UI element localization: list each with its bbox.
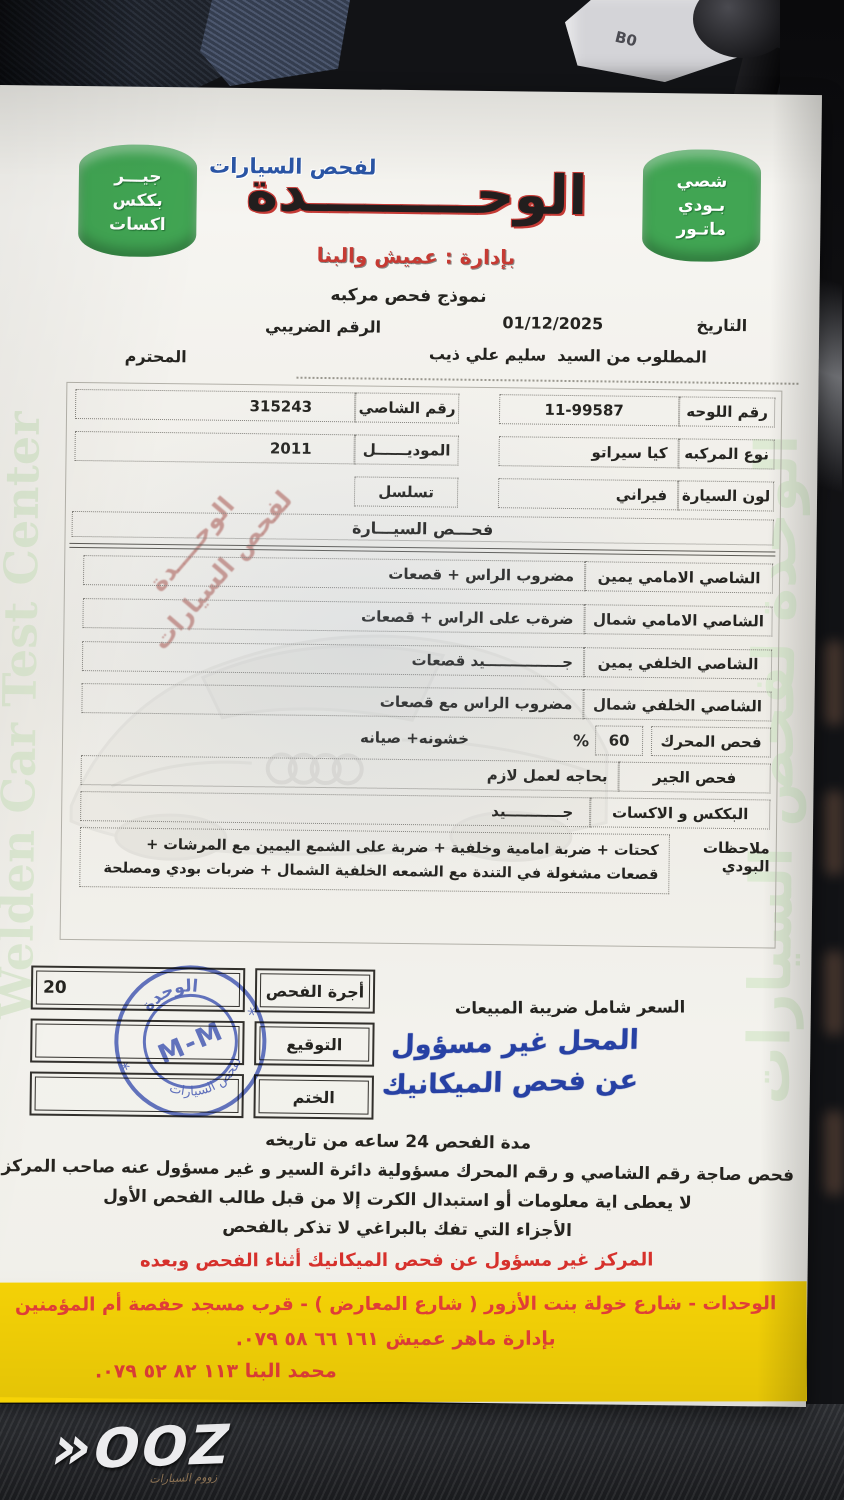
- inspection-row: الشاصي الامامي يمين مضروب الراس + قصعات: [71, 555, 773, 594]
- gear-label: فحص الجير: [618, 762, 770, 794]
- terms-block: مدة الفحص 24 ساعه من تاريخه فحص صاجة رقم…: [0, 1123, 809, 1280]
- date-value: 01/12/2025: [502, 313, 603, 333]
- inspection-title-row: فحـــص السيـــارة: [72, 511, 774, 546]
- model-value: 2011: [74, 431, 354, 464]
- engine-row: فحص المحرك 60 % خشونه+ صيانه: [69, 719, 771, 758]
- fee-label: أجرة الفحص: [260, 973, 370, 1008]
- vehicle-row-3: لون السيارة فيراني تسلسل: [72, 473, 774, 512]
- stamp-center-text: M-M: [154, 1016, 229, 1071]
- logo-tagline: لفحص السيارات: [209, 154, 377, 180]
- term-red-line: المركز غير مسؤول عن فحص الميكانيك أثناء …: [0, 1245, 808, 1275]
- plate-value: 11-99587: [499, 394, 679, 426]
- gear-row: فحص الجير بحاجه لعمل لازم: [68, 755, 770, 794]
- address-banner: الوحدات - شارع خولة بنت الأزور ( شارع ال…: [0, 1281, 807, 1402]
- color-label: لون السيارة: [678, 480, 774, 511]
- finger-blur: [824, 790, 844, 876]
- banner-phone-line-2: محمد البنا ١١٣ ٨٢ ٥٢ ٠٧٩.: [95, 1360, 337, 1382]
- finger-blur: [824, 1110, 844, 1196]
- double-rule: [69, 543, 775, 557]
- percent-sign: %: [573, 731, 589, 750]
- vehicle-row-1: رقم اللوحه 11-99587 رقم الشاصي 315243: [73, 389, 775, 428]
- axles-label: البككس و الاكسات: [590, 797, 770, 829]
- requested-from-label: المطلوب من السيد: [557, 346, 707, 367]
- inspection-row: الشاصي الخلفي يمين جـــــــــــــــيد قص…: [70, 641, 772, 680]
- stamp-arc-top: الوحدة: [135, 968, 206, 1019]
- engine-percent-value: 60: [595, 725, 643, 756]
- honorific: المحترم: [125, 347, 187, 367]
- receipt-marking: B0: [613, 28, 639, 51]
- inspection-form-paper: Welden Car Test Center الوحدة لفحص السيا…: [0, 85, 822, 1407]
- denim-jeans-patch-mid: [200, 0, 350, 86]
- svg-text:الوحدة: الوحدة: [135, 968, 206, 1019]
- serial-empty: [74, 473, 354, 506]
- banner-phone-line-1: بإدارة ماهر عميش ١٦١ ٦٦ ٥٨ ٠٧٩.: [0, 1327, 807, 1350]
- tax-number-label: الرقم الضريبي: [265, 316, 381, 336]
- model-label: الموديــــــل: [354, 434, 458, 465]
- engine-note: خشونه+ صيانه: [360, 728, 469, 747]
- axles-value: جـــــــــــيد: [80, 791, 590, 827]
- finger-blur: [824, 950, 844, 1036]
- requested-from-line: المطلوب من السيد سليم علي ذيب: [429, 344, 707, 366]
- finger-blur: [824, 640, 844, 726]
- plate-label: رقم اللوحه: [679, 396, 775, 427]
- disclaimer-blue-line-2: عن فحص الميكانيك: [381, 1064, 638, 1101]
- axles-row: البككس و الاكسات جـــــــــــيد: [68, 791, 770, 830]
- form-title: نموذج فحص مركبه: [0, 281, 820, 311]
- stamp-star-left: *: [118, 1058, 135, 1081]
- dotted-separator: [296, 377, 798, 385]
- logo-block: لفحص السيارات الوحـــــــــدة بإدارة : ع…: [198, 143, 636, 298]
- gear-value: بحاجه لعمل لازم: [80, 755, 618, 792]
- banner-address-line: الوحدات - شارع خولة بنت الأزور ( شارع ال…: [0, 1293, 807, 1315]
- photo-of-inspection-form: B0 »OOZ زووم السيارات Welden Car Test Ce…: [0, 0, 844, 1500]
- badge-chassis-body-motor: شصي بـودي ماتـور: [642, 149, 761, 262]
- color-value: فيراني: [498, 478, 678, 510]
- form-body-box: رقم اللوحه 11-99587 رقم الشاصي 315243 نو…: [60, 382, 783, 949]
- light-reflection: [818, 276, 842, 494]
- zooz-watermark: »OOZ زووم السيارات: [44, 1405, 240, 1490]
- disclaimer-blue-line-1: المحل غير مسؤول: [390, 1025, 638, 1062]
- customer-name: سليم علي ذيب: [429, 344, 547, 364]
- inspection-row: الشاصي الامامي شمال ضرةب على الراس + قصع…: [70, 598, 772, 637]
- vehicle-type-label: نوع المركبه: [678, 438, 774, 469]
- badge-gear-axles: جيـــر بككس اكسات: [78, 144, 197, 257]
- engine-label: فحص المحرك: [651, 726, 771, 757]
- body-notes-value: كحتات + ضربة امامية وخلفية + ضربة على ال…: [79, 827, 670, 894]
- body-notes-row: ملاحظات البودي كحتات + ضربة امامية وخلفي…: [67, 827, 770, 896]
- inspection-section-title: فحـــص السيـــارة: [72, 511, 774, 546]
- body-notes-label: ملاحظات البودي: [669, 834, 770, 895]
- management-line: بإدارة : عميش والبنا: [198, 241, 634, 270]
- chassis-value: 315243: [75, 389, 355, 422]
- tax-included-note: السعر شامل ضريبة المبيعات: [454, 997, 685, 1017]
- date-label: التاريخ: [696, 316, 747, 336]
- vehicle-type-value: كيا سيراتو: [498, 436, 678, 468]
- serial-label: تسلسل: [354, 476, 458, 507]
- vehicle-row-2: نوع المركبه كيا سيراتو الموديــــــل 201…: [72, 431, 774, 470]
- inspection-row: الشاصي الخلفي شمال مضروب الراس مع قصعات: [69, 683, 771, 722]
- chassis-label: رقم الشاصي: [355, 392, 459, 423]
